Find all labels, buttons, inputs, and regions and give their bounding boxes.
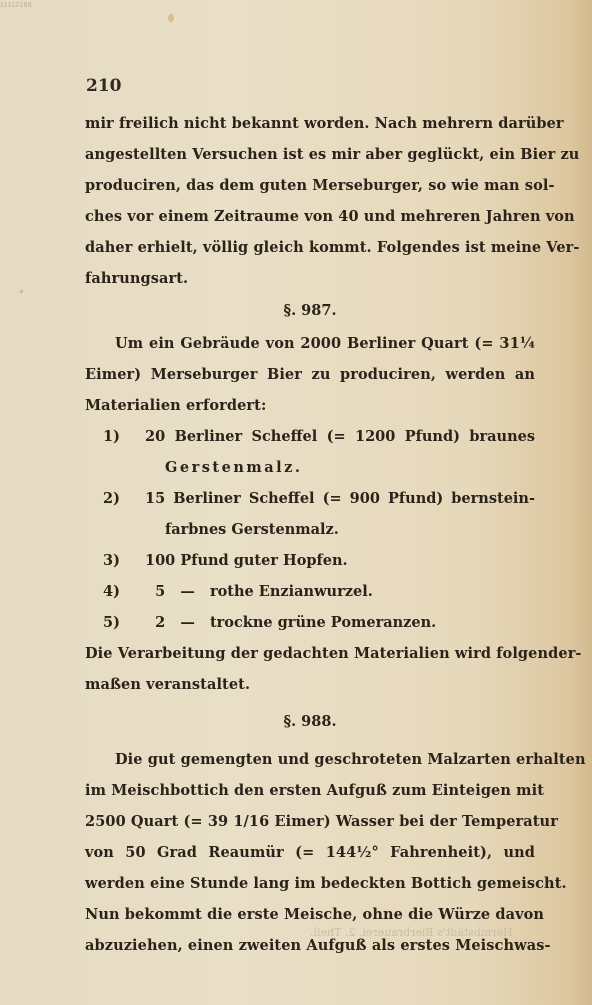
item-text: 2 — trockne grüne Pomeranzen. bbox=[145, 607, 535, 638]
text-line: angestellten Versuchen ist es mir aber g… bbox=[85, 139, 535, 170]
item-continuation: Gerstenmalz. bbox=[85, 452, 535, 483]
material-item-5: 5) 2 — trockne grüne Pomeranzen. bbox=[85, 607, 535, 638]
text-line: maßen veranstaltet. bbox=[85, 669, 535, 700]
paper-speck bbox=[20, 290, 23, 293]
material-item-1: 1) 20 Berliner Scheffel (= 1200 Pfund) b… bbox=[85, 421, 535, 452]
text-line: Eimer) Merseburger Bier zu produciren, w… bbox=[85, 359, 535, 390]
item-text: 100 Pfund guter Hopfen. bbox=[145, 545, 535, 576]
text-line: mir freilich nicht bekannt worden. Nach … bbox=[85, 108, 535, 139]
text-line: Die gut gemengten und geschroteten Malza… bbox=[85, 744, 535, 775]
material-item-4: 4) 5 — rothe Enzianwurzel. bbox=[85, 576, 535, 607]
text-line: Die Verarbeitung der gedachten Materiali… bbox=[85, 638, 535, 669]
item-text: 15 Berliner Scheffel (= 900 Pfund) berns… bbox=[145, 483, 535, 514]
text-line: von 50 Grad Reaumür (= 144½° Fahrenheit)… bbox=[85, 837, 535, 868]
item-text: 5 — rothe Enzianwurzel. bbox=[145, 576, 535, 607]
page-body: mir freilich nicht bekannt worden. Nach … bbox=[85, 108, 535, 961]
section-heading-987: §. 987. bbox=[85, 294, 535, 328]
item-number: 4) bbox=[85, 576, 145, 607]
text-line: Um ein Gebräude von 2000 Berliner Quart … bbox=[85, 328, 535, 359]
item-number: 5) bbox=[85, 607, 145, 638]
item-continuation: farbnes Gerstenmalz. bbox=[85, 514, 535, 545]
bleed-through-footer: Hermbstädt's Bierbrauerei. 2. Theil. bbox=[310, 926, 513, 939]
text-line: produciren, das dem guten Merseburger, s… bbox=[85, 170, 535, 201]
item-text: 20 Berliner Scheffel (= 1200 Pfund) brau… bbox=[145, 421, 535, 452]
text-line: im Meischbottich den ersten Aufguß zum E… bbox=[85, 775, 535, 806]
paper-stain bbox=[168, 14, 174, 22]
section-heading-988: §. 988. bbox=[85, 700, 535, 744]
item-number: 1) bbox=[85, 421, 145, 452]
item-number: 2) bbox=[85, 483, 145, 514]
catalog-id: 11112165 bbox=[0, 2, 32, 9]
text-line: daher erhielt, völlig gleich kommt. Folg… bbox=[85, 232, 535, 263]
text-line: ches vor einem Zeitraume von 40 und mehr… bbox=[85, 201, 535, 232]
text-line: werden eine Stunde lang im bedeckten Bot… bbox=[85, 868, 535, 899]
text-line: fahrungsart. bbox=[85, 263, 535, 294]
page-number: 210 bbox=[86, 76, 122, 96]
material-item-3: 3) 100 Pfund guter Hopfen. bbox=[85, 545, 535, 576]
item-number: 3) bbox=[85, 545, 145, 576]
material-item-2: 2) 15 Berliner Scheffel (= 900 Pfund) be… bbox=[85, 483, 535, 514]
text-line: Materialien erfordert: bbox=[85, 390, 535, 421]
text-line: 2500 Quart (= 39 1/16 Eimer) Wasser bei … bbox=[85, 806, 535, 837]
